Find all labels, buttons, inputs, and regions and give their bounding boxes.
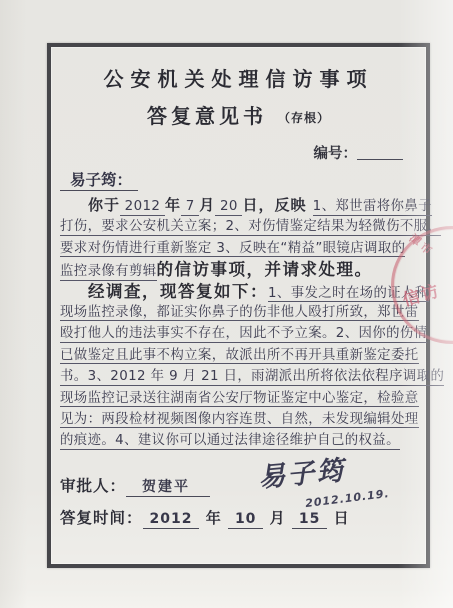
text-segment: 监控录像有剪辑 <box>60 264 157 281</box>
body-line: 见为：两段检材视频图像内容连贯、自然，未发现编辑处理 <box>60 409 417 430</box>
text-segment: 7 <box>181 199 199 216</box>
text-segment: 2012 <box>120 199 165 216</box>
text-segment: 日 <box>327 509 349 527</box>
text-segment: 15 <box>292 511 327 529</box>
document-subtitle-main: 答复意见书 <box>147 104 267 128</box>
text-segment: 2012 <box>143 511 200 529</box>
text-segment: 已做鉴定且此事不构立案，故派出所不再开具重新鉴定委托 <box>60 348 419 365</box>
reply-time-label: 答复时间： <box>60 509 143 527</box>
handwritten-signature: 易子筠 <box>256 448 346 494</box>
text-segment: 书。3、2012 年 9 月 21 日，雨湖派出所将依法依程序调取的 <box>60 369 444 386</box>
body-line: 经调查，现答复如下：1、事发之时在场的证人和 <box>60 281 417 302</box>
text-segment: 殴打他人的违法事实不存在，因此不予立案。2、因你的伤情 <box>60 326 427 343</box>
body-line: 殴打他人的违法事实不存在，因此不予立案。2、因你的伤情 <box>60 323 417 344</box>
text-segment: 1、郑世雷将你鼻子 <box>313 199 432 216</box>
text-segment: 现场监控录像，都证实你鼻子的伤非他人殴打所致，郑世雷 <box>60 305 419 322</box>
text-segment: 见为：两段检材视频图像内容连贯、自然，未发现编辑处理 <box>60 412 419 429</box>
body-line: 已做鉴定且此事不构立案，故派出所不再开具重新鉴定委托 <box>60 345 417 366</box>
text-segment: 打伤，要求公安机关立案；2、对伤情鉴定结果为轻微伤不服， <box>60 219 441 236</box>
text-segment: 的信访事项，并请求处理。 <box>157 260 373 279</box>
text-segment: 经调查，现答复如下： <box>88 282 268 301</box>
body-line: 你于 2012 年 7 月 20 日，反映 1、郑世雷将你鼻子 <box>60 195 417 216</box>
body-line: 打伤，要求公安机关立案；2、对伤情鉴定结果为轻微伤不服， <box>60 216 417 237</box>
body-line: 要求对伤情进行重新鉴定 3、反映在“精益”眼镜店调取的 <box>60 238 417 259</box>
document-number-row: 编号： <box>60 142 417 163</box>
body-line: 现场监控记录送往湖南省公安厅物证鉴定中心鉴定，检验意 <box>60 388 417 409</box>
text-segment: 年 <box>165 196 181 214</box>
text-segment: 年 <box>199 509 227 527</box>
body-line: 书。3、2012 年 9 月 21 日，雨湖派出所将依法依程序调取的 <box>60 366 417 387</box>
reply-time-row: 答复时间：2012 年 10 月 15 日 <box>60 506 417 528</box>
document-number-label: 编号： <box>314 146 358 162</box>
scanned-document-page: 公安机关处理信访事项 答复意见书 （存根） 编号： 易子筠： 你于 2012 年… <box>0 0 453 608</box>
text-segment: 要求对伤情进行重新鉴定 3、反映在“精益”眼镜店调取的 <box>60 241 405 258</box>
approver-label: 审批人： <box>60 477 126 495</box>
document-subtitle-suffix: （存根） <box>278 111 330 125</box>
addressee-name: 易子筠： <box>60 171 138 191</box>
text-segment: 的痕迹。4、建议你可以通过法律途径维护自己的权益。 <box>60 433 400 450</box>
approver-name: 贺建平 <box>126 479 210 497</box>
text-segment: 月 <box>199 196 215 214</box>
document-subtitle: 答复意见书 （存根） <box>60 100 417 129</box>
text-segment: 1、事发之时在场的证人和 <box>268 286 429 303</box>
text-segment: 月 <box>263 509 291 527</box>
document-title: 公安机关处理信访事项 <box>60 63 417 92</box>
reply-time-value: 2012 年 10 月 15 日 <box>143 509 350 527</box>
addressee-row: 易子筠： <box>60 168 417 190</box>
body-text: 你于 2012 年 7 月 20 日，反映 1、郑世雷将你鼻子打伤，要求公安机关… <box>60 195 417 452</box>
text-segment: 现场监控记录送往湖南省公安厅物证鉴定中心鉴定，检验意 <box>60 391 419 408</box>
body-line: 现场监控录像，都证实你鼻子的伤非他人殴打所致，郑世雷 <box>60 302 417 323</box>
text-segment: 20 <box>215 199 242 216</box>
text-segment: 你于 <box>88 196 120 214</box>
body-line: 的痕迹。4、建议你可以通过法律途径维护自己的权益。 <box>60 430 417 451</box>
document-number-blank <box>357 146 403 160</box>
text-segment: 日，反映 <box>242 196 312 214</box>
text-segment: 10 <box>228 511 263 529</box>
body-line: 监控录像有剪辑的信访事项，并请求处理。 <box>60 259 417 280</box>
